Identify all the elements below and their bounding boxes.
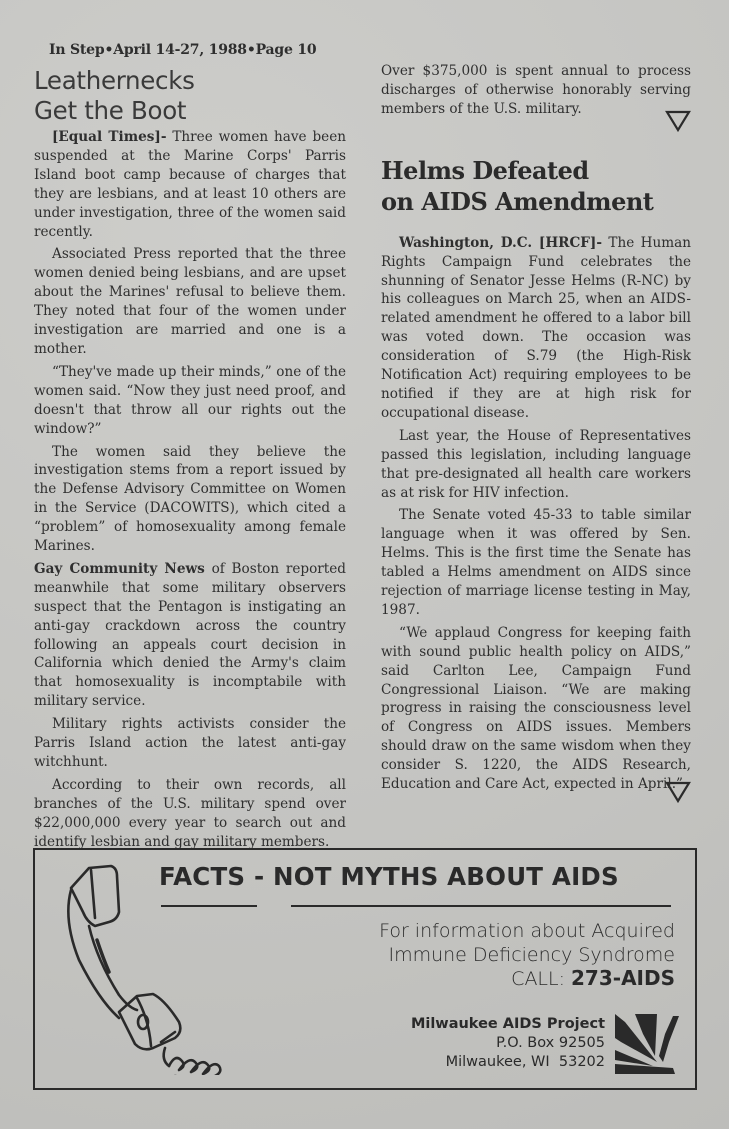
article-paragraph: “We applaud Congress for keeping faith w… <box>381 624 691 794</box>
article-paragraph: Associated Press reported that the three… <box>34 245 346 358</box>
ad-headline: FACTS - NOT MYTHS ABOUT AIDS <box>159 862 619 891</box>
article-paragraph: According to their own records, all bran… <box>34 776 346 852</box>
article-paragraph: The women said they believe the investig… <box>34 443 346 556</box>
end-mark-triangle-icon <box>665 109 691 133</box>
ad-divider-long <box>291 905 671 907</box>
po-box: P.O. Box 92505 <box>411 1034 605 1053</box>
aids-info-advertisement: FACTS - NOT MYTHS ABOUT AIDS For informa… <box>33 848 697 1090</box>
article-paragraph: Military rights activists consider the P… <box>34 715 346 772</box>
ad-call-line: CALL:273-AIDS <box>379 967 675 992</box>
milwaukee-aids-project-logo-icon <box>613 1012 679 1074</box>
ad-info-text: For information about Acquired Immune De… <box>379 920 675 992</box>
article-headline: Helms Defeated on AIDS Amendment <box>381 155 691 217</box>
article-headline: Leathernecks Get the Boot <box>34 66 346 126</box>
article-paragraph-continued: Over $375,000 is spent annual to process… <box>381 62 691 119</box>
page-folio: In Step•April 14-27, 1988•Page 10 <box>49 42 316 58</box>
right-column: Over $375,000 is spent annual to process… <box>381 62 691 804</box>
article-leathernecks: Leathernecks Get the Boot [Equal Times]-… <box>34 66 346 856</box>
article-paragraph: Last year, the House of Representatives … <box>381 427 691 503</box>
ad-address-block: Milwaukee AIDS Project P.O. Box 92505 Mi… <box>411 1015 605 1072</box>
article-paragraph: “They've made up their minds,” one of th… <box>34 363 346 439</box>
article-paragraph: Washington, D.C. [HRCF]- The Human Right… <box>381 234 691 423</box>
article-paragraph: [Equal Times]- Three women have been sus… <box>34 128 346 241</box>
article-paragraph: Gay Community News of Boston reported me… <box>34 560 346 711</box>
ad-divider-short <box>161 905 257 907</box>
city-state-zip: Milwaukee, WI 53202 <box>411 1053 605 1072</box>
hotline-number: 273-AIDS <box>571 966 675 990</box>
telephone-handset-icon <box>49 860 239 1075</box>
organization-name: Milwaukee AIDS Project <box>411 1015 605 1034</box>
article-paragraph: The Senate voted 45-33 to table similar … <box>381 506 691 619</box>
